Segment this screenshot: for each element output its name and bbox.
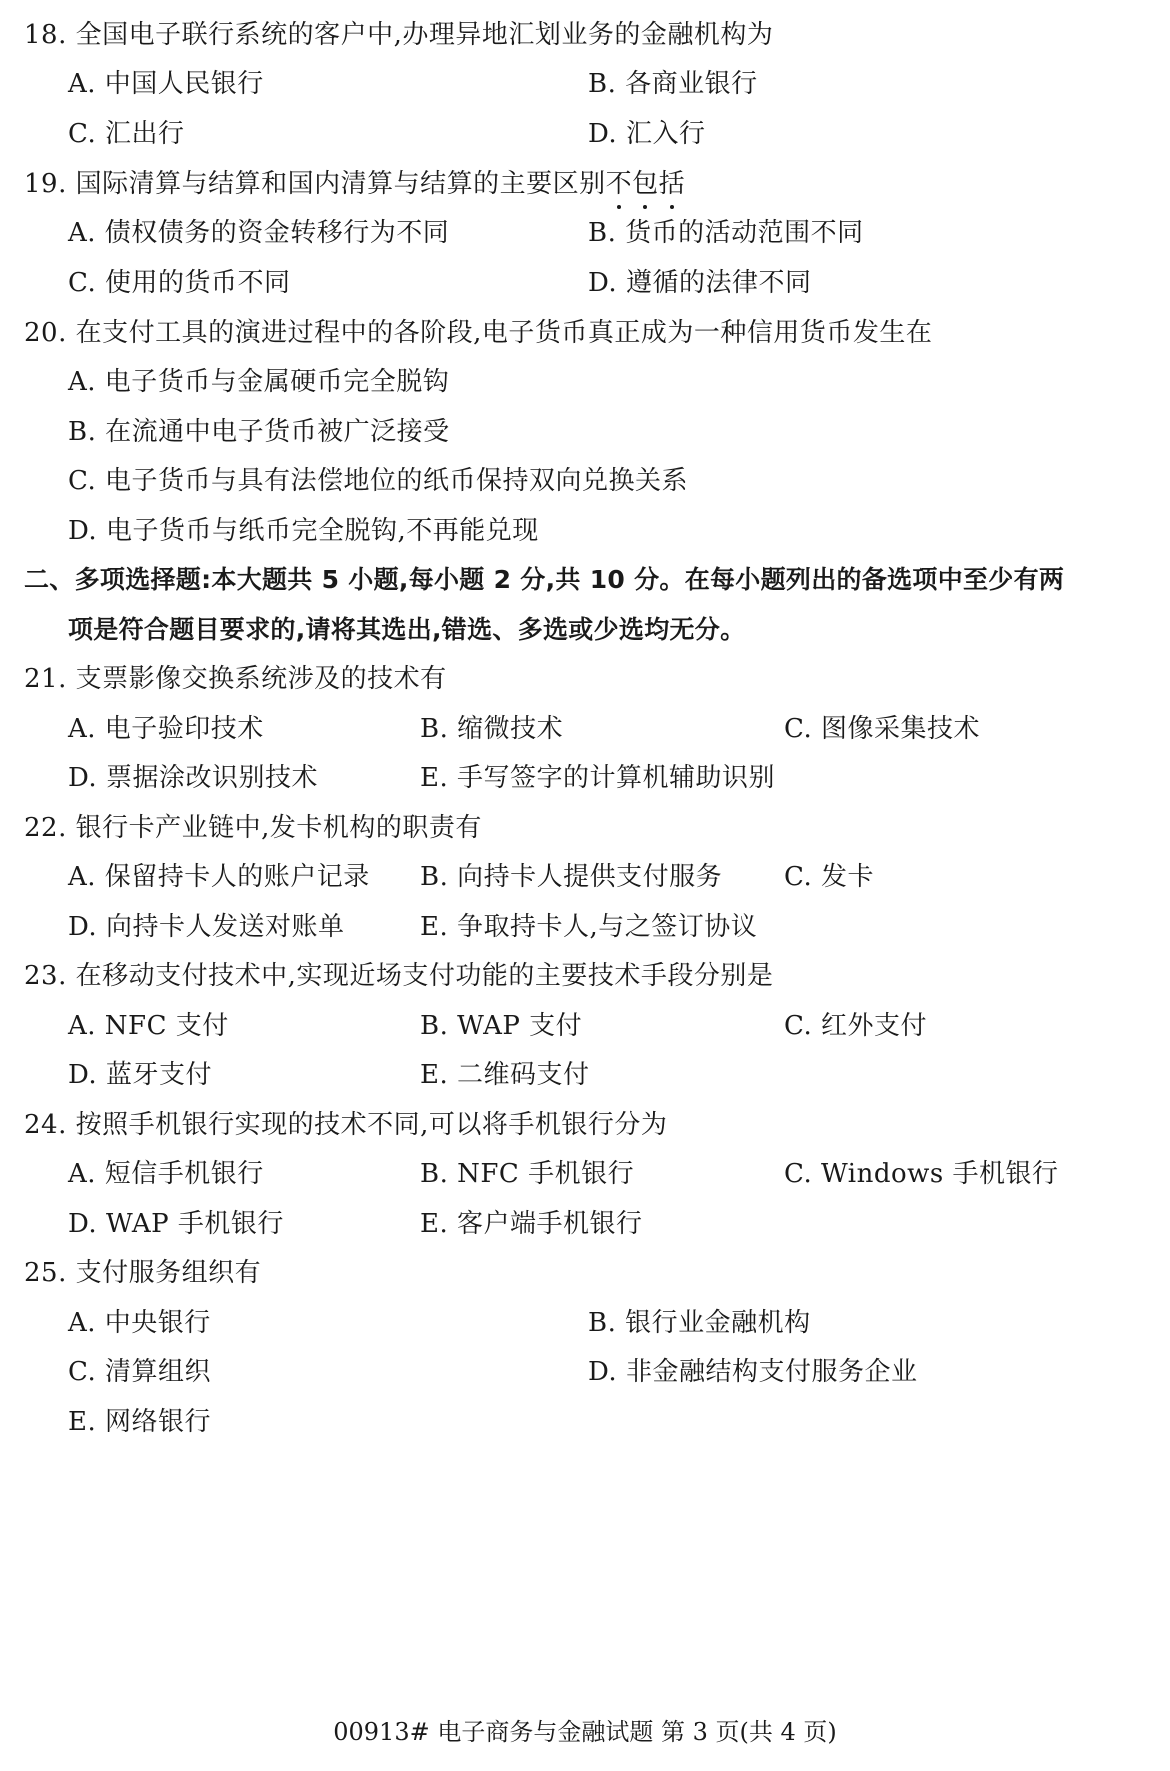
question-23-option-a: A. NFC 支付 [68,1009,229,1043]
exam-page: 18. 全国电子联行系统的客户中,办理异地汇划业务的金融机构为 A. 中国人民银… [0,0,1170,1771]
question-19-option-a: A. 债权债务的资金转移行为不同 [68,216,449,250]
question-18-option-a: A. 中国人民银行 [68,67,264,101]
question-23-option-e: E. 二维码支付 [420,1058,590,1092]
section-2-instructions-line-2: 项是符合题目要求的,请将其选出,错选、多选或少选均无分。 [68,613,745,647]
question-19-option-d: D. 遵循的法律不同 [588,266,811,300]
question-25-option-a: A. 中央银行 [68,1306,211,1340]
question-23-option-b: B. WAP 支付 [420,1009,582,1043]
question-24-option-a: A. 短信手机银行 [68,1157,264,1191]
question-25-option-e: E. 网络银行 [68,1405,211,1439]
question-22-stem: 22. 银行卡产业链中,发卡机构的职责有 [24,811,482,845]
question-22-option-a: A. 保留持卡人的账户记录 [68,860,370,894]
question-25-option-b: B. 银行业金融机构 [588,1306,811,1340]
question-20-option-d: D. 电子货币与纸币完全脱钩,不再能兑现 [68,514,539,548]
question-21-option-d: D. 票据涂改识别技术 [68,761,318,795]
question-21-stem: 21. 支票影像交换系统涉及的技术有 [24,662,447,696]
question-22-option-b: B. 向持卡人提供支付服务 [420,860,722,894]
question-21-option-b: B. 缩微技术 [420,712,563,746]
question-20-option-b: B. 在流通中电子货币被广泛接受 [68,415,450,449]
question-18-option-d: D. 汇入行 [588,117,705,151]
question-25-stem: 25. 支付服务组织有 [24,1256,261,1290]
emphasis-char: 包 [632,167,659,201]
question-23-option-c: C. 红外支付 [784,1009,927,1043]
question-24-option-c: C. Windows 手机银行 [784,1157,1058,1191]
question-22-option-e: E. 争取持卡人,与之签订协议 [420,910,757,944]
question-21-option-c: C. 图像采集技术 [784,712,980,746]
page-footer: 00913# 电子商务与金融试题 第 3 页(共 4 页) [0,1716,1170,1748]
section-2-instructions-line-1: 二、多项选择题:本大题共 5 小题,每小题 2 分,共 10 分。在每小题列出的… [24,563,1064,597]
question-25-option-c: C. 清算组织 [68,1355,211,1389]
question-20-option-c: C. 电子货币与具有法偿地位的纸币保持双向兑换关系 [68,464,688,498]
question-19-option-b: B. 货币的活动范围不同 [588,216,864,250]
question-20-stem: 20. 在支付工具的演进过程中的各阶段,电子货币真正成为一种信用货币发生在 [24,316,932,350]
question-25-option-d: D. 非金融结构支付服务企业 [588,1355,917,1389]
question-18-stem: 18. 全国电子联行系统的客户中,办理异地汇划业务的金融机构为 [24,18,773,52]
question-23-stem: 23. 在移动支付技术中,实现近场支付功能的主要技术手段分别是 [24,959,773,993]
question-21-option-e: E. 手写签字的计算机辅助识别 [420,761,775,795]
question-18-option-b: B. 各商业银行 [588,67,758,101]
question-24-stem: 24. 按照手机银行实现的技术不同,可以将手机银行分为 [24,1108,667,1142]
question-20-option-a: A. 电子货币与金属硬币完全脱钩 [68,365,449,399]
question-24-option-b: B. NFC 手机银行 [420,1157,634,1191]
question-19-stem: 19. 国际清算与结算和国内清算与结算的主要区别不包括 [24,167,685,201]
question-24-option-e: E. 客户端手机银行 [420,1207,643,1241]
question-22-option-d: D. 向持卡人发送对账单 [68,910,344,944]
question-23-option-d: D. 蓝牙支付 [68,1058,212,1092]
question-22-option-c: C. 发卡 [784,860,874,894]
question-18-option-c: C. 汇出行 [68,117,185,151]
emphasis-char: 不 [606,167,633,201]
question-19-stem-text: 19. 国际清算与结算和国内清算与结算的主要区别 [24,169,606,199]
emphasis-char: 括 [659,167,686,201]
question-24-option-d: D. WAP 手机银行 [68,1207,284,1241]
question-21-option-a: A. 电子验印技术 [68,712,264,746]
question-19-option-c: C. 使用的货币不同 [68,266,291,300]
